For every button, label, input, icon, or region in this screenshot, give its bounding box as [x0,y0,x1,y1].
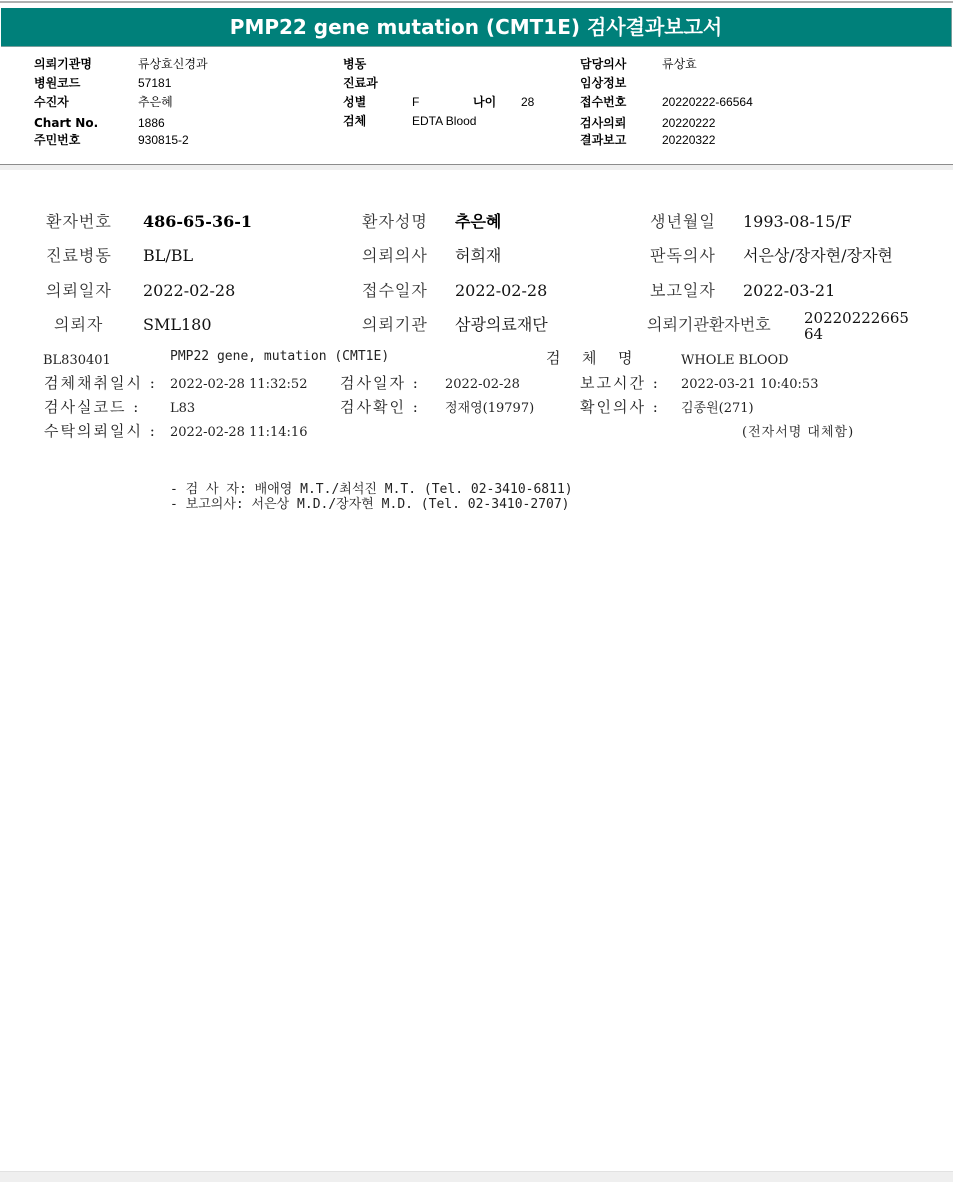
note-reporting-doctor: - 보고의사: 서은상 M.D./장자현 M.D. (Tel. 02-3410-… [170,497,570,512]
institution-label: 의뢰기관명 [34,57,92,71]
age-value: 28 [521,95,534,109]
section-divider-shade [0,165,953,170]
receipt-no-value: 20220222-66564 [662,95,753,109]
chart-no-label: Chart No. [34,116,98,130]
report-date-label: 보고일자 [650,282,716,300]
patient-name-value: 추은혜 [455,213,501,231]
lab-code-label: 검사실코드 : [44,399,140,416]
ward-label: 진료병동 [46,247,112,265]
top-border [0,1,953,3]
patient-no-value: 486-65-36-1 [143,213,252,231]
collection-time-label: 검체채취일시 : [44,375,157,392]
result-report-label: 결과보고 [580,133,626,147]
confirm-doctor-value: 김종원(271) [681,400,754,417]
test-request-value: 20220222 [662,116,715,130]
ward-value: BL/BL [143,247,193,265]
test-confirm-value: 정재영(19797) [445,400,534,417]
test-confirm-label: 검사확인 : [340,399,420,416]
requester-label: 의뢰자 [54,316,103,334]
test-date-label: 검사일자 : [340,375,420,392]
test-request-label: 검사의뢰 [580,116,626,130]
patient-no-label: 환자번호 [46,213,112,231]
request-date-value: 2022-02-28 [143,282,235,300]
result-report-value: 20220322 [662,133,715,147]
specimen-label: 검체 [343,114,366,128]
attending-doctor-value: 류상효 [662,57,697,71]
requesting-doctor-value: 허희재 [455,247,501,265]
test-code: BL830401 [43,352,111,369]
report-time-label: 보고시간 : [580,375,660,392]
reading-doctor-value: 서은상/장자현/장자현 [743,247,893,265]
specimen-name-value: WHOLE BLOOD [681,352,789,369]
confirm-doctor-label: 확인의사 : [580,399,660,416]
requesting-institution-value: 삼광의료재단 [455,316,548,334]
clinical-info-label: 임상정보 [580,76,626,90]
test-date-value: 2022-02-28 [445,376,520,393]
report-title: PMP22 gene mutation (CMT1E) 검사결과보고서 [1,8,952,47]
consign-time-label: 수탁의뢰일시 : [44,423,157,440]
birth-date-value: 1993-08-15/F [743,213,852,231]
department-label: 진료과 [343,76,378,90]
report-date-value: 2022-03-21 [743,282,835,300]
sex-value: F [412,95,419,109]
chart-no-value: 1886 [138,116,165,130]
bottom-bar [0,1171,953,1182]
specimen-name-label: 검 체 명 [546,350,637,367]
receipt-no-label: 접수번호 [580,95,626,109]
lab-code-value: L83 [170,400,195,417]
institution-value: 류상효신경과 [138,57,208,71]
hospital-code-label: 병원코드 [34,76,80,90]
institution-patient-no-label: 의뢰기관환자번호 [647,316,771,334]
age-label: 나이 [473,95,496,109]
examinee-value: 추은혜 [138,95,173,109]
examinee-label: 수진자 [34,95,69,109]
attending-doctor-label: 담당의사 [580,57,626,71]
request-date-label: 의뢰일자 [46,282,112,300]
report-time-value: 2022-03-21 10:40:53 [681,376,818,393]
birth-date-label: 생년월일 [650,213,716,231]
receipt-date-value: 2022-02-28 [455,282,547,300]
ward-label: 병동 [343,57,366,71]
requesting-institution-label: 의뢰기관 [362,316,428,334]
sex-label: 성별 [343,95,366,109]
specimen-value: EDTA Blood [412,114,476,128]
requesting-doctor-label: 의뢰의사 [362,247,428,265]
requester-value: SML180 [143,316,212,334]
institution-patient-no-value: 2022022266564 [804,310,914,342]
resident-no-value: 930815-2 [138,133,189,147]
test-name: PMP22 gene, mutation (CMT1E) [170,349,389,364]
receipt-date-label: 접수일자 [362,282,428,300]
patient-name-label: 환자성명 [362,213,428,231]
note-tester: - 검 사 자: 배애영 M.T./최석진 M.T. (Tel. 02-3410… [170,482,573,497]
consign-time-value: 2022-02-28 11:14:16 [170,424,307,441]
collection-time-value: 2022-02-28 11:32:52 [170,376,307,393]
reading-doctor-label: 판독의사 [650,247,716,265]
resident-no-label: 주민번호 [34,133,80,147]
hospital-code-value: 57181 [138,76,171,90]
esign-note: (전자서명 대체함) [742,424,854,441]
